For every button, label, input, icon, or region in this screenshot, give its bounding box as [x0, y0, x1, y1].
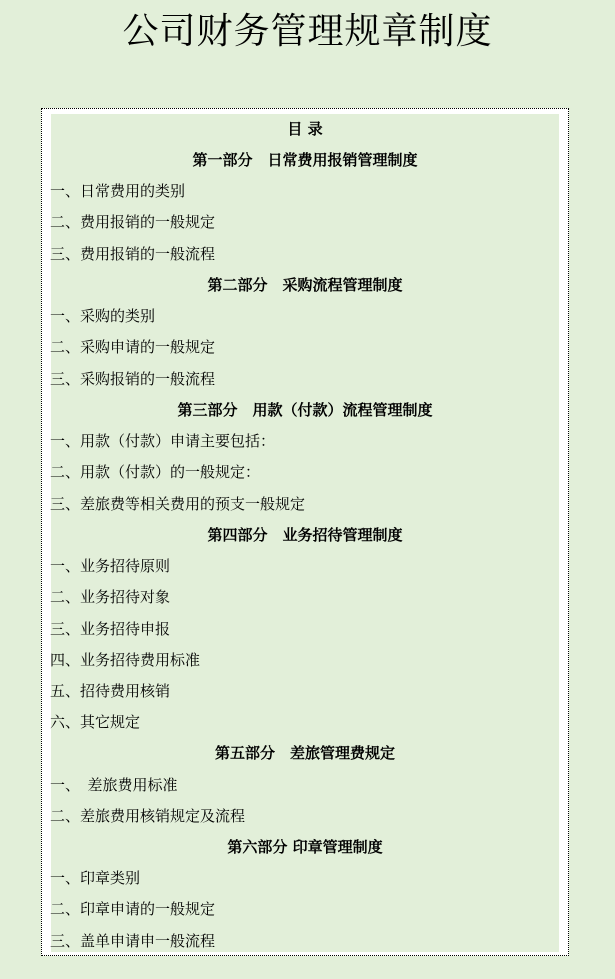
toc-item[interactable]: 五、招待费用核销: [50, 676, 170, 707]
toc-item[interactable]: 四、业务招待费用标准: [50, 645, 200, 676]
toc-item[interactable]: 三、业务招待申报: [50, 614, 170, 645]
section-heading[interactable]: 第二部分 采购流程管理制度: [51, 270, 559, 301]
toc-item[interactable]: 三、差旅费等相关费用的预支一般规定: [50, 489, 305, 520]
section-heading[interactable]: 第六部分 印章管理制度: [51, 832, 559, 863]
toc-item[interactable]: 二、差旅费用核销规定及流程: [50, 801, 245, 832]
toc-item[interactable]: 二、费用报销的一般规定: [50, 207, 215, 238]
toc-item[interactable]: 一、日常费用的类别: [50, 176, 185, 207]
table-of-contents-frame: 目 录 第一部分 日常费用报销管理制度 一、日常费用的类别 二、费用报销的一般规…: [41, 108, 569, 956]
toc-item[interactable]: 六、其它规定: [50, 707, 140, 738]
section-heading[interactable]: 第五部分 差旅管理费规定: [51, 738, 559, 769]
toc-item[interactable]: 二、印章申请的一般规定: [50, 894, 215, 925]
section-heading[interactable]: 第一部分 日常费用报销管理制度: [51, 145, 559, 176]
document-title: 公司财务管理规章制度: [0, 8, 615, 56]
toc-title: 目 录: [51, 114, 559, 145]
toc-item[interactable]: 三、盖单申请申一般流程: [50, 926, 215, 957]
toc-item[interactable]: 三、费用报销的一般流程: [50, 239, 215, 270]
toc-item[interactable]: 三、采购报销的一般流程: [50, 364, 215, 395]
toc-item[interactable]: 一、印章类别: [50, 863, 140, 894]
toc-item[interactable]: 二、采购申请的一般规定: [50, 332, 215, 363]
section-heading[interactable]: 第三部分 用款（付款）流程管理制度: [51, 395, 559, 426]
toc-item[interactable]: 一、 差旅费用标准: [50, 770, 178, 801]
toc-item[interactable]: 二、业务招待对象: [50, 582, 170, 613]
toc-item[interactable]: 一、用款（付款）申请主要包括：: [50, 426, 275, 457]
section-heading[interactable]: 第四部分 业务招待管理制度: [51, 520, 559, 551]
table-of-contents: 目 录 第一部分 日常费用报销管理制度 一、日常费用的类别 二、费用报销的一般规…: [51, 114, 559, 952]
toc-item[interactable]: 二、用款（付款）的一般规定：: [50, 457, 260, 488]
toc-item[interactable]: 一、采购的类别: [50, 301, 155, 332]
toc-item[interactable]: 一、业务招待原则: [50, 551, 170, 582]
